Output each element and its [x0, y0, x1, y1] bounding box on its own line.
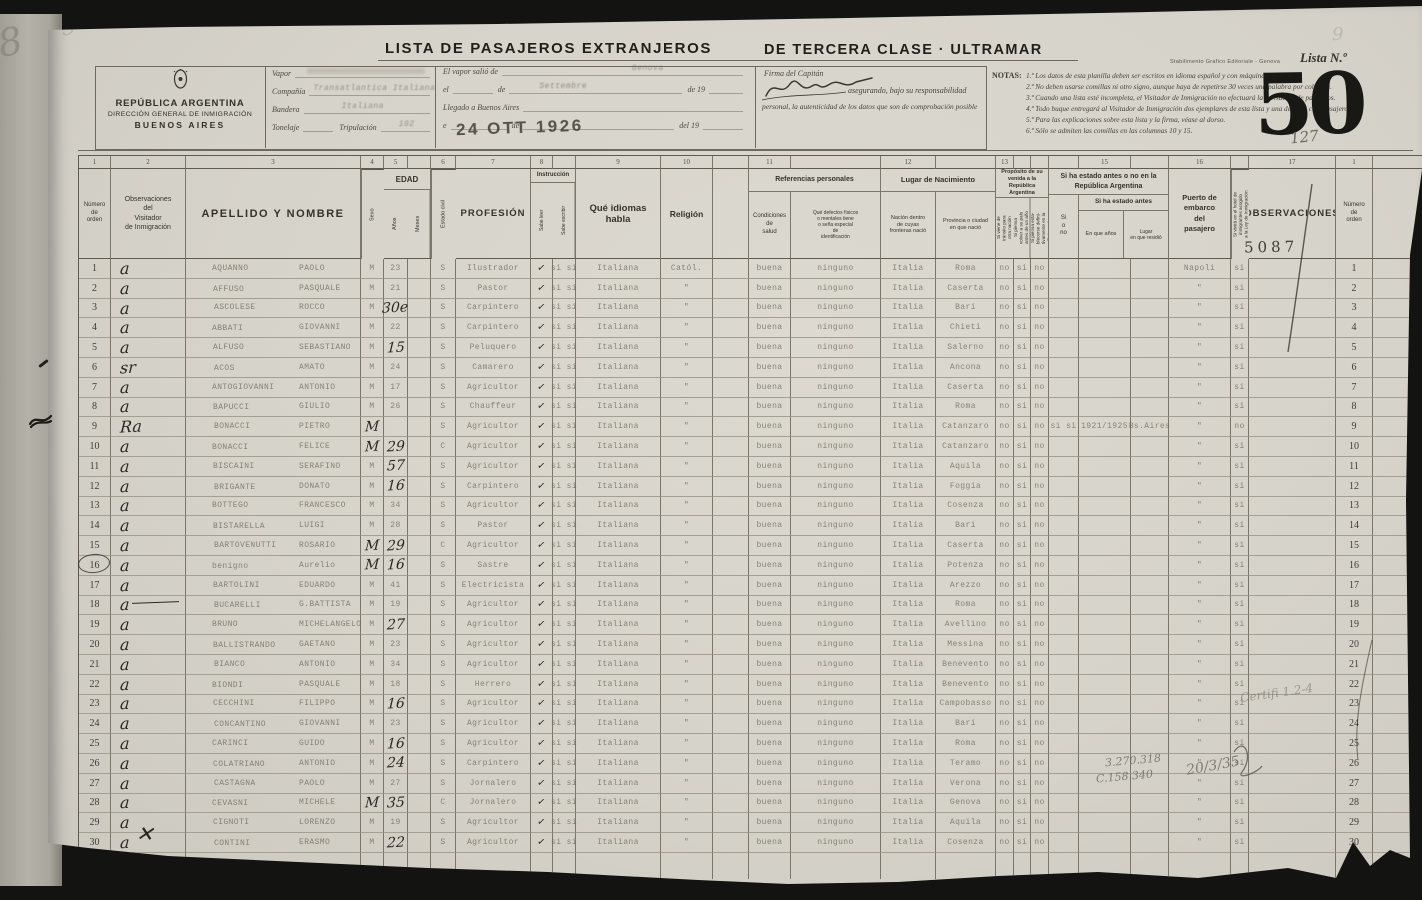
cell-salud: buena	[749, 615, 791, 635]
cell-edge	[1373, 754, 1422, 774]
cell-estado-civil: S	[431, 714, 456, 734]
cell-order-number-right: 15	[1336, 536, 1373, 556]
cell-proposito-establecerse: no	[1031, 378, 1049, 398]
cell-hotel-inmigrantes: si	[1231, 576, 1249, 596]
cell-estuvo-antes	[1049, 556, 1079, 576]
cell-blank	[713, 358, 749, 378]
cell-observaciones	[1249, 358, 1336, 378]
cell-proposito-volver: si	[1014, 596, 1031, 616]
cell-edad-anios: 22	[384, 833, 408, 853]
cell-defectos: ninguno	[791, 635, 881, 655]
note-item: 2.ª No deben usarse comillas ni otro sig…	[1026, 81, 1422, 92]
cell-proposito-transito: no	[996, 695, 1014, 715]
cell-estuvo-anios	[1079, 477, 1131, 497]
cell-profesion: Agricultor	[456, 536, 531, 556]
cell-proposito-volver: si	[1014, 813, 1031, 833]
cell-estuvo-antes	[1049, 338, 1079, 358]
cell-estado-civil: S	[431, 655, 456, 675]
cell-religion: "	[661, 378, 713, 398]
cell-sexo: M	[361, 734, 384, 754]
cell-edad-anios: 27	[384, 615, 408, 635]
cell-visitador-mark: a	[111, 516, 186, 536]
cell-sabe-leer: ✓	[531, 398, 553, 418]
cell-nacion: Italia	[881, 497, 936, 517]
cell-blank	[713, 734, 749, 754]
cell-religion: "	[661, 774, 713, 794]
cell-order-number: 5	[79, 338, 111, 358]
cell-observaciones	[1249, 596, 1336, 616]
cell-profesion: Pastor	[456, 279, 531, 299]
cell-defectos: ninguno	[791, 655, 881, 675]
cell-visitador-mark: a	[111, 279, 186, 299]
cell-sabe-escribir: si si	[553, 695, 576, 715]
cell-observaciones	[1249, 635, 1336, 655]
cell-order-number: 6	[79, 358, 111, 378]
cell-religion: "	[661, 576, 713, 596]
col-number: 2	[111, 156, 186, 169]
cell-edad-meses	[408, 299, 431, 319]
cell-edad-anios: 34	[384, 655, 408, 675]
header-divider-1	[265, 66, 266, 148]
cell-sabe-escribir: si si	[553, 497, 576, 517]
cell-edge	[1373, 338, 1422, 358]
cell-idiomas: Italiana	[576, 279, 661, 299]
table-stub-cell	[1131, 853, 1169, 879]
cell-estado-civil: S	[431, 417, 456, 437]
table-stub-cell	[1014, 853, 1031, 879]
cell-salud: buena	[749, 259, 791, 279]
cell-estado-civil: S	[431, 338, 456, 358]
cell-sabe-escribir: si si	[553, 536, 576, 556]
cell-estuvo-antes	[1049, 596, 1079, 616]
cell-visitador-mark: a	[111, 378, 186, 398]
cell-estuvo-lugar	[1131, 576, 1169, 596]
cell-edad-anios: 15	[384, 338, 408, 358]
cell-proposito-transito: no	[996, 734, 1014, 754]
notes-list: 1.ª Los datos de esta planilla deben ser…	[1026, 70, 1422, 136]
cell-order-number-right: 12	[1336, 477, 1373, 497]
cell-proposito-transito: no	[996, 457, 1014, 477]
cell-edad-meses	[408, 596, 431, 616]
cell-estado-civil: S	[431, 457, 456, 477]
cell-hotel-inmigrantes: si	[1231, 774, 1249, 794]
cell-edad-meses	[408, 754, 431, 774]
cell-order-number-right: 6	[1336, 358, 1373, 378]
cell-provincia: Potenza	[936, 556, 996, 576]
cell-order-number: 14	[79, 516, 111, 536]
cell-salud: buena	[749, 516, 791, 536]
cell-salud: buena	[749, 596, 791, 616]
cell-observaciones	[1249, 813, 1336, 833]
cell-visitador-mark: a	[111, 398, 186, 418]
cell-profesion: Electricista	[456, 576, 531, 596]
cell-puerto-embarco: "	[1169, 596, 1231, 616]
cell-proposito-volver: si	[1014, 714, 1031, 734]
cell-estuvo-lugar	[1131, 596, 1169, 616]
cell-order-number-right: 2	[1336, 279, 1373, 299]
cell-defectos: ninguno	[791, 516, 881, 536]
cell-religion: "	[661, 754, 713, 774]
cell-sabe-escribir: si si	[553, 417, 576, 437]
cell-order-number: 4	[79, 318, 111, 338]
cell-blank	[713, 655, 749, 675]
cell-proposito-establecerse: no	[1031, 516, 1049, 536]
cell-order-number-right: 13	[1336, 497, 1373, 517]
col-header-numero-orden-right: Número de orden	[1336, 169, 1373, 259]
col-header-nacion: Nación dentro de cuyas fronteras nació	[881, 192, 935, 258]
cell-visitador-mark: a	[111, 774, 186, 794]
col-number	[713, 156, 749, 169]
cell-profesion: Agricultor	[456, 813, 531, 833]
cell-proposito-volver: si	[1014, 754, 1031, 774]
captain-statement-line1: asegurando, bajo su responsabilidad	[848, 86, 966, 95]
cell-edge	[1373, 516, 1422, 536]
cell-estado-civil: C	[431, 536, 456, 556]
cell-observaciones	[1249, 714, 1336, 734]
col-number	[1231, 156, 1249, 169]
col-header-sabe-escribir: Sabe escribir	[553, 183, 576, 258]
cell-edge	[1373, 635, 1422, 655]
cell-apellido-nombre: CIGNOTILORENZO	[186, 813, 361, 833]
cell-profesion: Agricultor	[456, 417, 531, 437]
cell-estado-civil: C	[431, 437, 456, 457]
cell-sexo: M	[361, 437, 384, 457]
cell-salud: buena	[749, 338, 791, 358]
cell-salud: buena	[749, 576, 791, 596]
cell-nacion: Italia	[881, 437, 936, 457]
cell-profesion: Jornalero	[456, 774, 531, 794]
cell-religion: "	[661, 635, 713, 655]
cell-hotel-inmigrantes: si	[1231, 794, 1249, 814]
cell-edad-meses	[408, 794, 431, 814]
cell-estuvo-anios	[1079, 338, 1131, 358]
cell-profesion: Camarero	[456, 358, 531, 378]
cell-religion: "	[661, 437, 713, 457]
cell-observaciones	[1249, 497, 1336, 517]
cell-visitador-mark: a	[111, 338, 186, 358]
cell-defectos: ninguno	[791, 675, 881, 695]
cell-proposito-volver: si	[1014, 318, 1031, 338]
cell-apellido-nombre: CONCANTINOGIOVANNI	[186, 714, 361, 734]
title-underline	[378, 60, 1078, 61]
table-stub-cell	[1336, 853, 1373, 879]
cell-puerto-embarco: "	[1169, 714, 1231, 734]
cell-estuvo-anios	[1079, 457, 1131, 477]
cell-sexo: M	[361, 596, 384, 616]
cell-estuvo-antes: si si	[1049, 417, 1079, 437]
cell-order-number-right: 1	[1336, 259, 1373, 279]
cell-edad-meses	[408, 576, 431, 596]
cell-order-number-right: 17	[1336, 576, 1373, 596]
cell-estuvo-lugar	[1131, 299, 1169, 319]
cell-proposito-transito: no	[996, 794, 1014, 814]
cell-provincia: Arezzo	[936, 576, 996, 596]
cell-puerto-embarco: "	[1169, 695, 1231, 715]
cell-order-number-right: 10	[1336, 437, 1373, 457]
cell-order-number-right: 25	[1336, 734, 1373, 754]
cell-edad-meses	[408, 477, 431, 497]
col-header-instruccion: Instrucción	[531, 169, 575, 183]
cell-idiomas: Italiana	[576, 734, 661, 754]
cell-estuvo-lugar	[1131, 516, 1169, 536]
cell-nacion: Italia	[881, 734, 936, 754]
cell-puerto-embarco: "	[1169, 477, 1231, 497]
cell-profesion: Peluquero	[456, 338, 531, 358]
cell-estuvo-anios	[1079, 398, 1131, 418]
cell-nacion: Italia	[881, 318, 936, 338]
cell-provincia: Ancona	[936, 358, 996, 378]
cell-puerto-embarco: "	[1169, 556, 1231, 576]
note-item: 3.ª Cuando una lista esté incompleta, el…	[1026, 92, 1422, 103]
cell-salud: buena	[749, 477, 791, 497]
col-header-puerto-embarco: Puerto de embarco del pasajero	[1169, 169, 1231, 259]
cell-profesion: Agricultor	[456, 833, 531, 853]
cell-religion: "	[661, 615, 713, 635]
cell-estado-civil: C	[431, 794, 456, 814]
cell-visitador-mark: a	[111, 714, 186, 734]
margin-ink-scribble	[28, 410, 54, 430]
cell-sexo: M	[361, 477, 384, 497]
cell-nacion: Italia	[881, 417, 936, 437]
cell-estuvo-anios	[1079, 299, 1131, 319]
note-item: 5.ª Para las explicaciones sobre esta li…	[1026, 114, 1422, 125]
cell-profesion: Sastre	[456, 556, 531, 576]
cell-nacion: Italia	[881, 833, 936, 853]
cell-hotel-inmigrantes: si	[1231, 437, 1249, 457]
cell-provincia: Bari	[936, 714, 996, 734]
cell-edad-meses	[408, 318, 431, 338]
cell-defectos: ninguno	[791, 497, 881, 517]
cell-sabe-leer: ✓	[531, 516, 553, 536]
cell-defectos: ninguno	[791, 437, 881, 457]
cell-provincia: Caserta	[936, 378, 996, 398]
cell-nacion: Italia	[881, 299, 936, 319]
cell-order-number: 25	[79, 734, 111, 754]
cell-profesion: Ilustrador	[456, 259, 531, 279]
cell-proposito-transito: no	[996, 675, 1014, 695]
cell-provincia: Teramo	[936, 754, 996, 774]
cell-estuvo-lugar	[1131, 635, 1169, 655]
cell-hotel-inmigrantes: si	[1231, 259, 1249, 279]
cell-observaciones	[1249, 655, 1336, 675]
cell-proposito-volver: si	[1014, 497, 1031, 517]
cell-apellido-nombre: CECCHINIFILIPPO	[186, 695, 361, 715]
cell-salud: buena	[749, 398, 791, 418]
cell-apellido-nombre: BRUNOMICHELANGELO	[186, 615, 361, 635]
cell-order-number-right: 20	[1336, 635, 1373, 655]
cell-apellido-nombre: BRIGANTEDONATO	[186, 477, 361, 497]
cell-proposito-establecerse: no	[1031, 833, 1049, 853]
cell-provincia: Catanzaro	[936, 437, 996, 457]
col-header-proposito: Propósito de su venida a la República Ar…	[996, 169, 1048, 198]
field-fecha-salida: el de Settembre de 19	[443, 82, 743, 94]
cell-estuvo-anios	[1079, 655, 1131, 675]
cell-proposito-transito: no	[996, 318, 1014, 338]
cell-blank	[713, 378, 749, 398]
table-stub-cell	[186, 853, 361, 879]
cell-observaciones	[1249, 299, 1336, 319]
cell-sabe-escribir: si si	[553, 516, 576, 536]
cell-estuvo-lugar	[1131, 338, 1169, 358]
cell-apellido-nombre: ALFUSOSEBASTIANO	[186, 338, 361, 358]
cell-proposito-volver: si	[1014, 279, 1031, 299]
cell-sexo: M	[361, 457, 384, 477]
cell-apellido-nombre: BUCARELLIG.BATTISTA	[186, 596, 361, 616]
cell-estuvo-lugar	[1131, 398, 1169, 418]
cell-defectos: ninguno	[791, 695, 881, 715]
note-item: 6.ª Sólo se admiten las comillas en las …	[1026, 125, 1422, 136]
cell-provincia: Genova	[936, 794, 996, 814]
cell-nacion: Italia	[881, 477, 936, 497]
cell-idiomas: Italiana	[576, 378, 661, 398]
table-stub-cell	[661, 853, 713, 879]
cell-defectos: ninguno	[791, 378, 881, 398]
cell-defectos: ninguno	[791, 774, 881, 794]
col-number	[1049, 156, 1079, 169]
cell-edad-anios: 21	[384, 279, 408, 299]
cell-sabe-escribir: si si	[553, 576, 576, 596]
cell-profesion: Agricultor	[456, 378, 531, 398]
cell-visitador-mark: a	[111, 497, 186, 517]
cell-estado-civil: S	[431, 497, 456, 517]
col-header-si-o-no: Si o no	[1049, 195, 1078, 258]
cell-profesion: Agricultor	[456, 615, 531, 635]
cell-edad-anios: 29	[384, 536, 408, 556]
cell-proposito-establecerse: no	[1031, 318, 1049, 338]
table-stub-cell	[936, 853, 996, 879]
cell-salud: buena	[749, 378, 791, 398]
cell-order-number: 8	[79, 398, 111, 418]
cell-provincia: Caserta	[936, 279, 996, 299]
col-header-lugar-residio: Lugar en que residió	[1123, 211, 1168, 258]
cell-profesion: Carpintero	[456, 318, 531, 338]
cell-provincia: Roma	[936, 596, 996, 616]
cell-estuvo-lugar	[1131, 437, 1169, 457]
cell-sabe-leer: ✓	[531, 576, 553, 596]
cell-blank	[713, 596, 749, 616]
cell-apellido-nombre: BARTOLINIEDUARDO	[186, 576, 361, 596]
cell-idiomas: Italiana	[576, 259, 661, 279]
cell-proposito-volver: si	[1014, 457, 1031, 477]
cell-blank	[713, 299, 749, 319]
cell-visitador-mark: a	[111, 576, 186, 596]
col-number: 1	[1336, 156, 1373, 169]
cell-provincia: Roma	[936, 259, 996, 279]
cell-edge	[1373, 833, 1422, 853]
row30-cross-mark: ✕	[135, 821, 154, 846]
cell-estuvo-antes	[1049, 714, 1079, 734]
cell-proposito-transito: no	[996, 279, 1014, 299]
col-number: 6	[431, 156, 456, 169]
cell-blank	[713, 615, 749, 635]
cell-sabe-leer: ✓	[531, 457, 553, 477]
cell-proposito-volver: si	[1014, 556, 1031, 576]
cell-proposito-volver: si	[1014, 536, 1031, 556]
cell-salud: buena	[749, 695, 791, 715]
cell-proposito-volver: si	[1014, 378, 1031, 398]
cell-proposito-volver: si	[1014, 338, 1031, 358]
cell-religion: "	[661, 417, 713, 437]
col-number	[553, 156, 576, 169]
cell-edad-meses	[408, 615, 431, 635]
col-header-lugar-nacimiento-group: Lugar de Nacimiento Nación dentro de cuy…	[881, 169, 996, 259]
col-number: 7	[456, 156, 531, 169]
cell-apellido-nombre: ACOSAMATO	[186, 358, 361, 378]
cell-blank	[713, 259, 749, 279]
cell-proposito-volver: si	[1014, 259, 1031, 279]
cell-defectos: ninguno	[791, 299, 881, 319]
cell-order-number: 23	[79, 695, 111, 715]
cell-idiomas: Italiana	[576, 556, 661, 576]
table-stub-cell	[1169, 853, 1231, 879]
cell-order-number-right: 5	[1336, 338, 1373, 358]
cell-edge	[1373, 279, 1422, 299]
cell-blank	[713, 398, 749, 418]
cell-proposito-transito: no	[996, 398, 1014, 418]
cell-sexo: M	[361, 695, 384, 715]
cell-apellido-nombre: CEVASNIMICHELE	[186, 794, 361, 814]
cell-estado-civil: S	[431, 279, 456, 299]
cell-proposito-transito: no	[996, 813, 1014, 833]
cell-sabe-escribir: si si	[553, 714, 576, 734]
cell-puerto-embarco: "	[1169, 437, 1231, 457]
col-header-en-que-anios: En que años	[1079, 211, 1123, 258]
cell-nacion: Italia	[881, 536, 936, 556]
corner-handwritten-nine: 9	[62, 16, 76, 41]
cell-order-number-right: 19	[1336, 615, 1373, 635]
cell-sabe-escribir: si si	[553, 259, 576, 279]
cell-order-number-right: 11	[1336, 457, 1373, 477]
col-number	[1031, 156, 1049, 169]
cell-provincia: Roma	[936, 734, 996, 754]
cell-sabe-escribir: si si	[553, 615, 576, 635]
table-stub-cell	[111, 853, 186, 879]
cell-order-number-right: 24	[1336, 714, 1373, 734]
cell-hotel-inmigrantes: si	[1231, 833, 1249, 853]
cell-visitador-mark: a	[111, 318, 186, 338]
cell-edad-anios: 29	[384, 437, 408, 457]
cell-edad-anios: 22	[384, 318, 408, 338]
cell-sabe-escribir: si si	[553, 338, 576, 358]
cell-religion: "	[661, 596, 713, 616]
cell-puerto-embarco: "	[1169, 417, 1231, 437]
cell-estado-civil: S	[431, 299, 456, 319]
cell-edge	[1373, 318, 1422, 338]
cell-sabe-leer: ✓	[531, 358, 553, 378]
cell-visitador-mark: a	[111, 457, 186, 477]
col-number: 8	[531, 156, 553, 169]
table-stub-cell	[1049, 853, 1079, 879]
cell-puerto-embarco: "	[1169, 279, 1231, 299]
cell-sabe-leer: ✓	[531, 338, 553, 358]
cell-nacion: Italia	[881, 675, 936, 695]
col-number: 12	[881, 156, 936, 169]
cell-proposito-volver: si	[1014, 695, 1031, 715]
cell-edad-meses	[408, 279, 431, 299]
cell-visitador-mark: a	[111, 655, 186, 675]
col-number: 5	[384, 156, 408, 169]
document-page: LISTA DE PASAJEROS EXTRANJEROS DE TERCER…	[48, 0, 1422, 900]
cell-observaciones	[1249, 417, 1336, 437]
cell-visitador-mark: a	[111, 794, 186, 814]
cell-salud: buena	[749, 833, 791, 853]
cell-sabe-leer: ✓	[531, 378, 553, 398]
cell-estuvo-lugar	[1131, 833, 1169, 853]
cell-sabe-leer: ✓	[531, 774, 553, 794]
cell-estuvo-lugar	[1131, 813, 1169, 833]
cell-proposito-establecerse: no	[1031, 615, 1049, 635]
cell-religion: "	[661, 813, 713, 833]
